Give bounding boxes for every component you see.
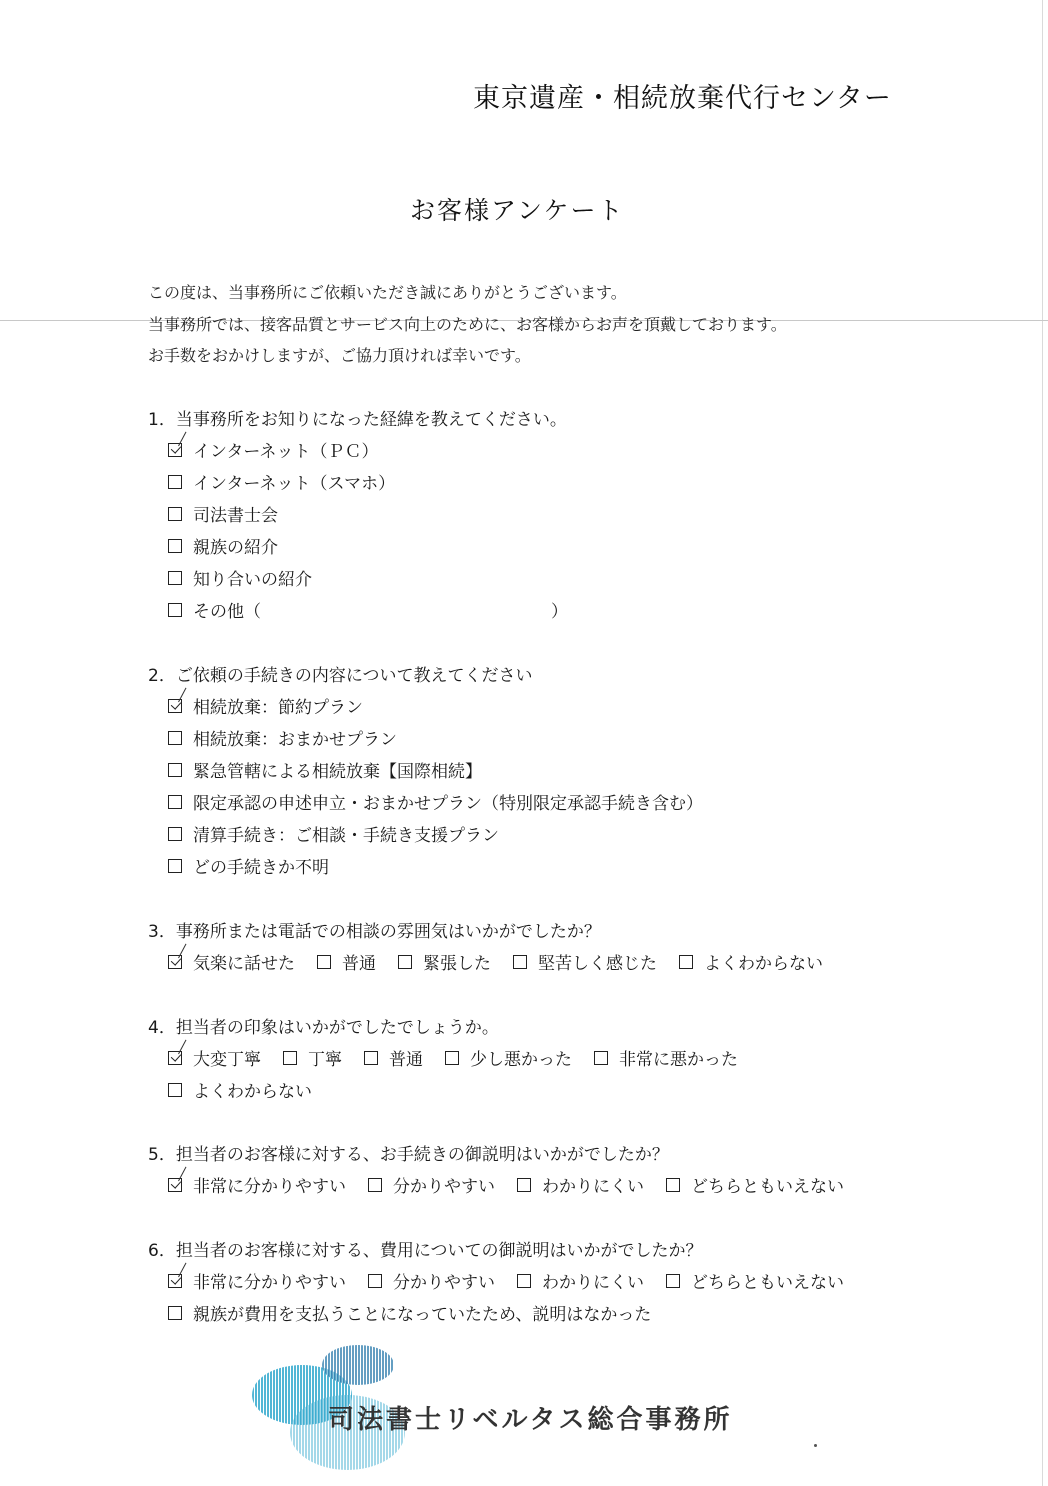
scan-speck (814, 1444, 817, 1447)
checkbox-checked-icon[interactable] (168, 699, 182, 713)
intro-line-1: この度は、当事務所にご依頼いただき誠にありがとうございます。 (148, 280, 627, 303)
option-label: よくわからない (193, 1077, 312, 1102)
option-label: 非常に分かりやすい (193, 1268, 346, 1293)
q2-option-omakase-plan[interactable]: 相続放棄：おまかせプラン (168, 725, 397, 750)
logo-circle-top-icon (322, 1345, 394, 1385)
q5-option-row: 非常に分かりやすい 分かりやすい わかりにくい どちらともいえない (168, 1172, 866, 1197)
q5-option-very-clear[interactable]: 非常に分かりやすい (168, 1172, 346, 1197)
q1-option-acquaintance-referral[interactable]: 知り合いの紹介 (168, 565, 312, 590)
option-label: 少し悪かった (470, 1045, 572, 1070)
q4-option-normal[interactable]: 普通 (364, 1045, 423, 1070)
q6-option-row: 非常に分かりやすい 分かりやすい わかりにくい どちらともいえない (168, 1268, 866, 1293)
option-label: 非常に悪かった (619, 1045, 738, 1070)
option-label: よくわからない (704, 949, 823, 974)
option-label: 相続放棄：節約プラン (193, 693, 363, 718)
checkbox-icon[interactable] (594, 1051, 608, 1065)
q4-option-slightly-bad[interactable]: 少し悪かった (445, 1045, 572, 1070)
q3-option-unsure[interactable]: よくわからない (679, 949, 823, 974)
question-1-title: 1．当事務所をお知りになった経緯を教えてください。 (148, 405, 567, 430)
organization-name: 東京遺産・相続放棄代行センター (473, 76, 892, 115)
checkbox-icon[interactable] (168, 827, 182, 841)
option-label: どちらともいえない (691, 1268, 844, 1293)
question-6-title: 6．担当者のお客様に対する、費用についての御説明はいかがでしたか？ (148, 1236, 702, 1261)
q1-option-row: 知り合いの紹介 (168, 565, 334, 590)
q6-option-unclear[interactable]: わかりにくい (517, 1268, 644, 1293)
checkbox-icon[interactable] (168, 539, 182, 553)
q2-option-row: 清算手続き：ご相談・手続き支援プラン (168, 821, 521, 846)
q1-option-row: 親族の紹介 (168, 533, 300, 558)
q2-option-limited-approval[interactable]: 限定承認の申述申立・おまかせプラン（特別限定承認手続き含む） (168, 789, 703, 814)
q2-option-row: どの手続きか不明 (168, 853, 351, 878)
checkbox-checked-icon[interactable] (168, 1051, 182, 1065)
checkbox-icon[interactable] (283, 1051, 297, 1065)
q1-option-relative-referral[interactable]: 親族の紹介 (168, 533, 278, 558)
checkbox-icon[interactable] (168, 507, 182, 521)
q4-option-row: 大変丁寧 丁寧 普通 少し悪かった 非常に悪かった (168, 1045, 760, 1070)
q4-option-row: よくわからない (168, 1077, 334, 1102)
checkbox-icon[interactable] (168, 1306, 182, 1320)
checkbox-icon[interactable] (368, 1178, 382, 1192)
q4-option-unsure[interactable]: よくわからない (168, 1077, 312, 1102)
q4-option-very-bad[interactable]: 非常に悪かった (594, 1045, 738, 1070)
checkbox-checked-icon[interactable] (168, 955, 182, 969)
q2-option-row: 相続放棄：おまかせプラン (168, 725, 419, 750)
checkbox-icon[interactable] (398, 955, 412, 969)
checkbox-icon[interactable] (364, 1051, 378, 1065)
option-label: 知り合いの紹介 (193, 565, 312, 590)
question-5-title: 5．担当者のお客様に対する、お手続きの御説明はいかがでしたか？ (148, 1140, 669, 1165)
checkbox-icon[interactable] (317, 955, 331, 969)
q4-option-very-polite[interactable]: 大変丁寧 (168, 1045, 261, 1070)
q3-option-stiff[interactable]: 堅苦しく感じた (513, 949, 657, 974)
firm-logo: 司法書士リベルタス総合事務所 (250, 1345, 820, 1470)
option-label: インターネット（ＰＣ） (193, 437, 378, 462)
option-label: わかりにくい (542, 1172, 644, 1197)
q2-option-row: 限定承認の申述申立・おまかせプラン（特別限定承認手続き含む） (168, 789, 725, 814)
checkbox-icon[interactable] (517, 1274, 531, 1288)
option-label: 普通 (389, 1045, 423, 1070)
q1-option-internet-smartphone[interactable]: インターネット（スマホ） (168, 469, 395, 494)
option-label: 堅苦しく感じた (538, 949, 657, 974)
q3-option-relaxed[interactable]: 気楽に話せた (168, 949, 295, 974)
option-label: 清算手続き：ご相談・手続き支援プラン (193, 821, 499, 846)
intro-line-3: お手数をおかけしますが、ご協力頂ければ幸いです。 (148, 343, 531, 366)
option-label: どの手続きか不明 (193, 853, 329, 878)
q4-option-polite[interactable]: 丁寧 (283, 1045, 342, 1070)
question-2-title: 2．ご依頼の手続きの内容について教えてください (148, 661, 532, 686)
checkbox-icon[interactable] (168, 859, 182, 873)
checkbox-icon[interactable] (666, 1274, 680, 1288)
q2-option-international[interactable]: 緊急管轄による相続放棄【国際相続】 (168, 757, 482, 782)
option-label: どちらともいえない (691, 1172, 844, 1197)
q2-option-setsuyaku-plan[interactable]: 相続放棄：節約プラン (168, 693, 363, 718)
checkbox-icon[interactable] (168, 603, 182, 617)
checkbox-icon[interactable] (513, 955, 527, 969)
q1-option-row: 司法書士会 (168, 501, 300, 526)
q3-option-nervous[interactable]: 緊張した (398, 949, 491, 974)
q5-option-unclear[interactable]: わかりにくい (517, 1172, 644, 1197)
option-label: 分かりやすい (393, 1268, 495, 1293)
q1-option-shihoshoshikai[interactable]: 司法書士会 (168, 501, 278, 526)
checkbox-checked-icon[interactable] (168, 1274, 182, 1288)
page-title: お客様アンケート (410, 191, 625, 227)
option-label: 司法書士会 (193, 501, 278, 526)
option-label: 親族の紹介 (193, 533, 278, 558)
q2-option-liquidation[interactable]: 清算手続き：ご相談・手続き支援プラン (168, 821, 499, 846)
option-label: インターネット（スマホ） (193, 469, 395, 494)
option-label: 丁寧 (308, 1045, 342, 1070)
q3-option-row: 気楽に話せた 普通 緊張した 堅苦しく感じた よくわからない (168, 949, 845, 974)
option-label: 大変丁寧 (193, 1045, 261, 1070)
option-label: わかりにくい (542, 1268, 644, 1293)
q1-option-row: インターネット（スマホ） (168, 469, 417, 494)
checkbox-checked-icon[interactable] (168, 1178, 182, 1192)
checkbox-checked-icon[interactable] (168, 443, 182, 457)
option-label: 緊張した (423, 949, 491, 974)
q6-option-relative-paid[interactable]: 親族が費用を支払うことになっていたため、説明はなかった (168, 1300, 651, 1325)
q5-option-clear[interactable]: 分かりやすい (368, 1172, 495, 1197)
checkbox-icon[interactable] (168, 475, 182, 489)
checkbox-icon[interactable] (679, 955, 693, 969)
option-label: 限定承認の申述申立・おまかせプラン（特別限定承認手続き含む） (193, 789, 703, 814)
checkbox-icon[interactable] (168, 763, 182, 777)
option-label: 相続放棄：おまかせプラン (193, 725, 397, 750)
checkbox-icon[interactable] (666, 1178, 680, 1192)
q2-option-row: 相続放棄：節約プラン (168, 693, 385, 718)
checkbox-icon[interactable] (168, 571, 182, 585)
firm-name: 司法書士リベルタス総合事務所 (328, 1399, 732, 1436)
q6-option-neutral[interactable]: どちらともいえない (666, 1268, 844, 1293)
q3-option-normal[interactable]: 普通 (317, 949, 376, 974)
q5-option-neutral[interactable]: どちらともいえない (666, 1172, 844, 1197)
checkbox-icon[interactable] (517, 1178, 531, 1192)
checkbox-icon[interactable] (445, 1051, 459, 1065)
q2-option-unknown[interactable]: どの手続きか不明 (168, 853, 329, 878)
close-paren: ） (551, 597, 568, 622)
q1-option-internet-pc[interactable]: インターネット（ＰＣ） (168, 437, 378, 462)
option-label: 非常に分かりやすい (193, 1172, 346, 1197)
intro-line-2: 当事務所では、接客品質とサービス向上のために、お客様からお声を頂戴しております。 (148, 312, 787, 335)
option-label: 緊急管轄による相続放棄【国際相続】 (193, 757, 482, 782)
q6-option-clear[interactable]: 分かりやすい (368, 1268, 495, 1293)
q6-option-very-clear[interactable]: 非常に分かりやすい (168, 1268, 346, 1293)
q1-option-row: インターネット（ＰＣ） (168, 437, 400, 462)
question-4-title: 4．担当者の印象はいかがでしたでしょうか。 (148, 1013, 499, 1038)
option-label: 親族が費用を支払うことになっていたため、説明はなかった (193, 1300, 651, 1325)
q6-option-row: 親族が費用を支払うことになっていたため、説明はなかった (168, 1300, 673, 1325)
scan-edge-line (1042, 0, 1043, 1486)
checkbox-icon[interactable] (168, 795, 182, 809)
checkbox-icon[interactable] (168, 731, 182, 745)
checkbox-icon[interactable] (368, 1274, 382, 1288)
question-3-title: 3．事務所または電話での相談の雰囲気はいかがでしたか？ (148, 917, 601, 942)
q2-option-row: 緊急管轄による相続放棄【国際相続】 (168, 757, 504, 782)
option-label: 普通 (342, 949, 376, 974)
option-label: その他（ (193, 597, 261, 622)
q1-option-row: その他（） (168, 597, 590, 622)
q1-option-other[interactable]: その他（） (168, 597, 568, 622)
checkbox-icon[interactable] (168, 1083, 182, 1097)
option-label: 分かりやすい (393, 1172, 495, 1197)
option-label: 気楽に話せた (193, 949, 295, 974)
